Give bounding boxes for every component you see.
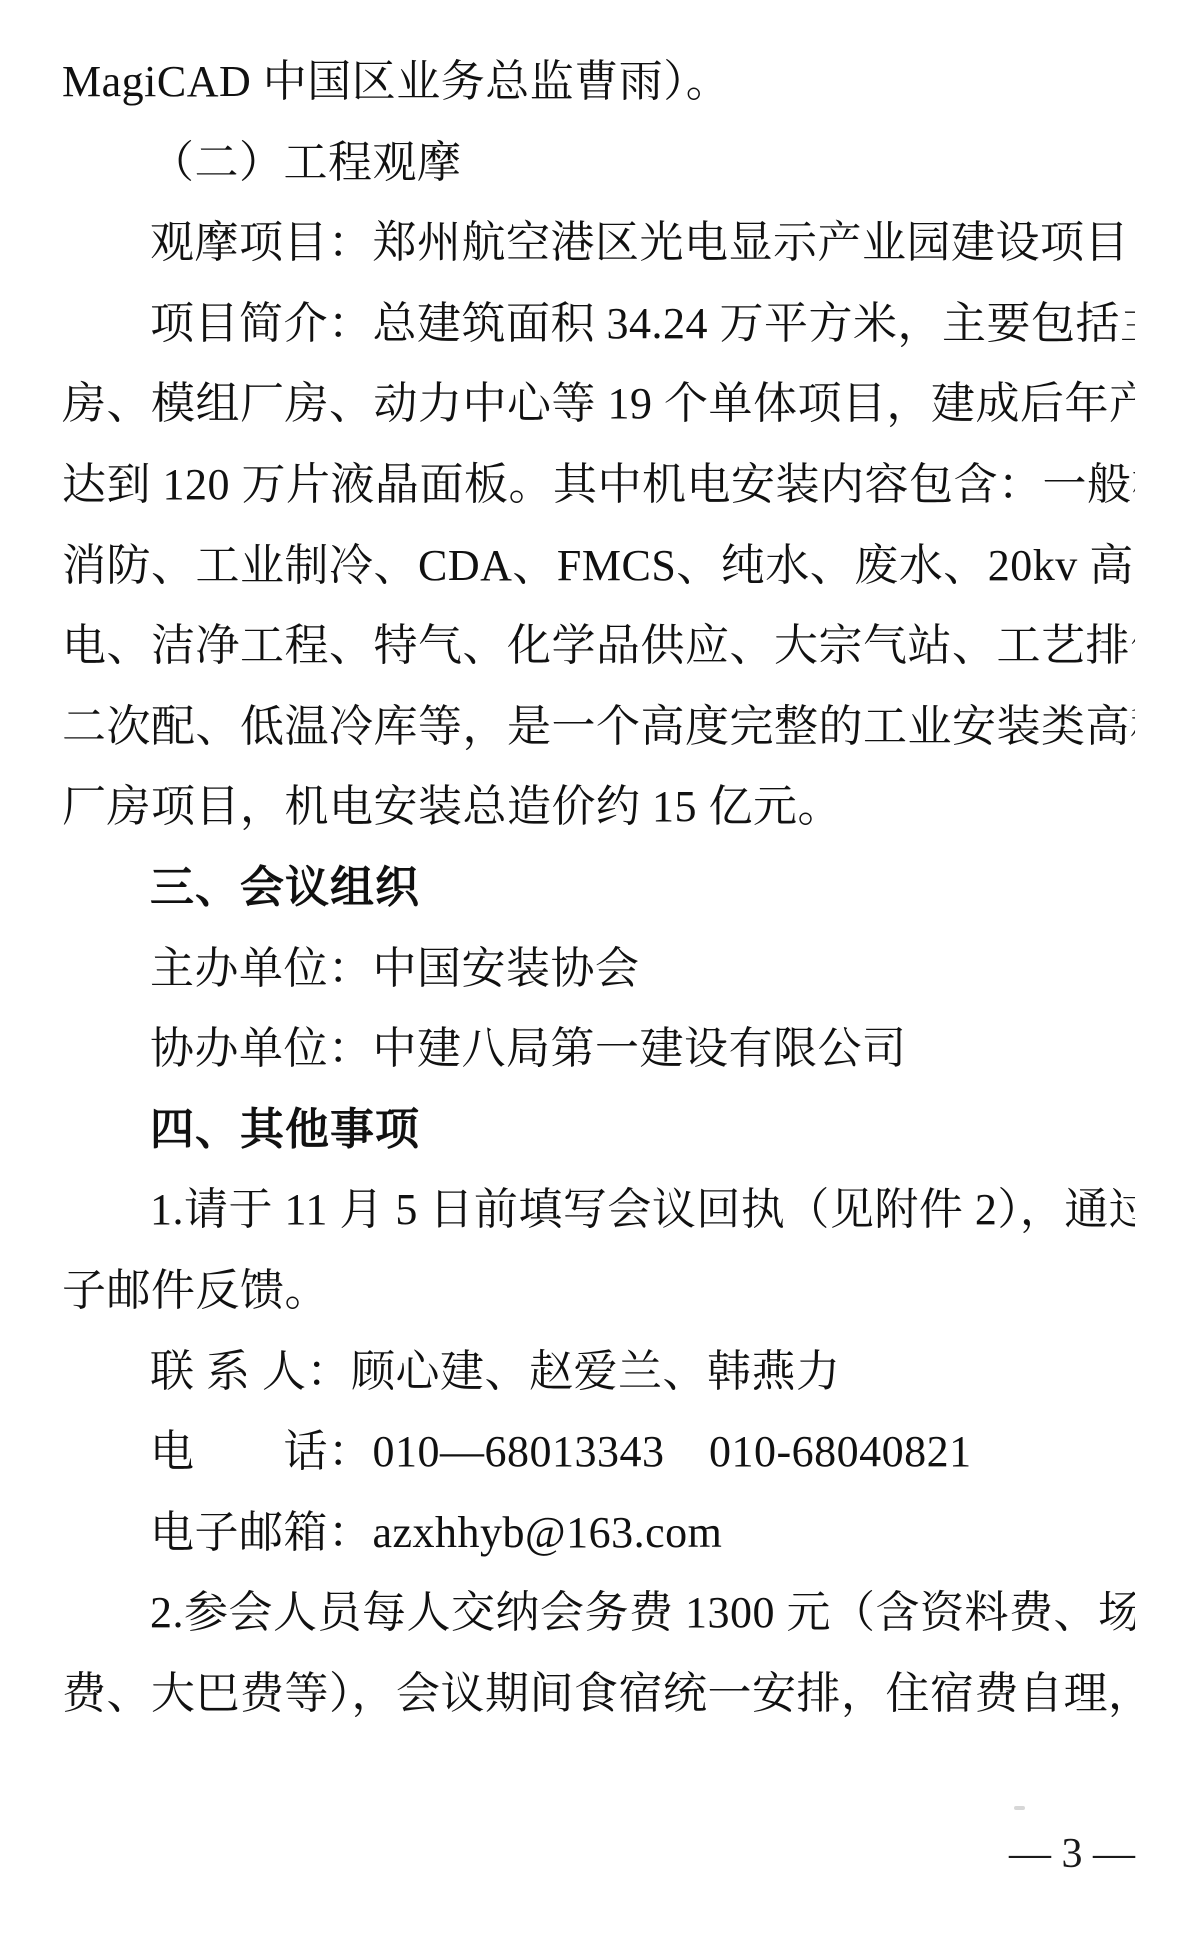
line-item1-reply-1: 1.请于 11 月 5 日前填写会议回执（见附件 2），通过电 [62,1170,1135,1251]
line-item2-fee-2: 费、大巴费等），会议期间食宿统一安排，住宿费自理，各 [62,1654,1135,1735]
line-project-intro-6: 二次配、低温冷库等，是一个高度完整的工业安装类高科技 [62,687,1135,768]
line-project-intro-2: 房、模组厂房、动力中心等 19 个单体项目，建成后年产能 [62,364,1135,445]
line-project-intro-1: 项目简介：总建筑面积 34.24 万平方米，主要包括主厂 [62,284,1135,365]
line-host-organizer: 主办单位：中国安装协会 [62,929,1135,1010]
scan-artifact-speck [1014,1806,1025,1810]
line-project-intro-4: 消防、工业制冷、CDA、FMCS、纯水、废水、20kv 高压输配 [62,526,1135,607]
line-tour-project: 观摩项目：郑州航空港区光电显示产业园建设项目 [62,203,1135,284]
document-page: MagiCAD 中国区业务总监曹雨）。 （二）工程观摩 观摩项目：郑州航空港区光… [0,0,1200,1936]
line-magicad-continuation: MagiCAD 中国区业务总监曹雨）。 [62,42,1135,123]
line-contact-phone: 电 话：010—68013343 010-68040821 [62,1412,1135,1493]
line-project-intro-7: 厂房项目，机电安装总造价约 15 亿元。 [62,767,1135,848]
line-project-intro-5: 电、洁净工程、特气、化学品供应、大宗气站、工艺排气、 [62,606,1135,687]
line-item1-reply-2: 子邮件反馈。 [62,1251,1135,1332]
section-heading-other-matters: 四、其他事项 [62,1090,1135,1171]
subsection-heading-engineering-tour: （二）工程观摩 [62,123,1135,204]
line-project-intro-3: 达到 120 万片液晶面板。其中机电安装内容包含：一般机电、 [62,445,1135,526]
document-body: MagiCAD 中国区业务总监曹雨）。 （二）工程观摩 观摩项目：郑州航空港区光… [62,42,1135,1734]
line-contact-email: 电子邮箱：azxhhyb@163.com [62,1493,1135,1574]
line-contact-persons: 联 系 人：顾心建、赵爱兰、韩燕力 [62,1332,1135,1413]
section-heading-meeting-organization: 三、会议组织 [62,848,1135,929]
line-co-organizer: 协办单位：中建八局第一建设有限公司 [62,1009,1135,1090]
page-number: — 3 — [62,1824,1135,1884]
line-item2-fee-1: 2.参会人员每人交纳会务费 1300 元（含资料费、场地 [62,1573,1135,1654]
